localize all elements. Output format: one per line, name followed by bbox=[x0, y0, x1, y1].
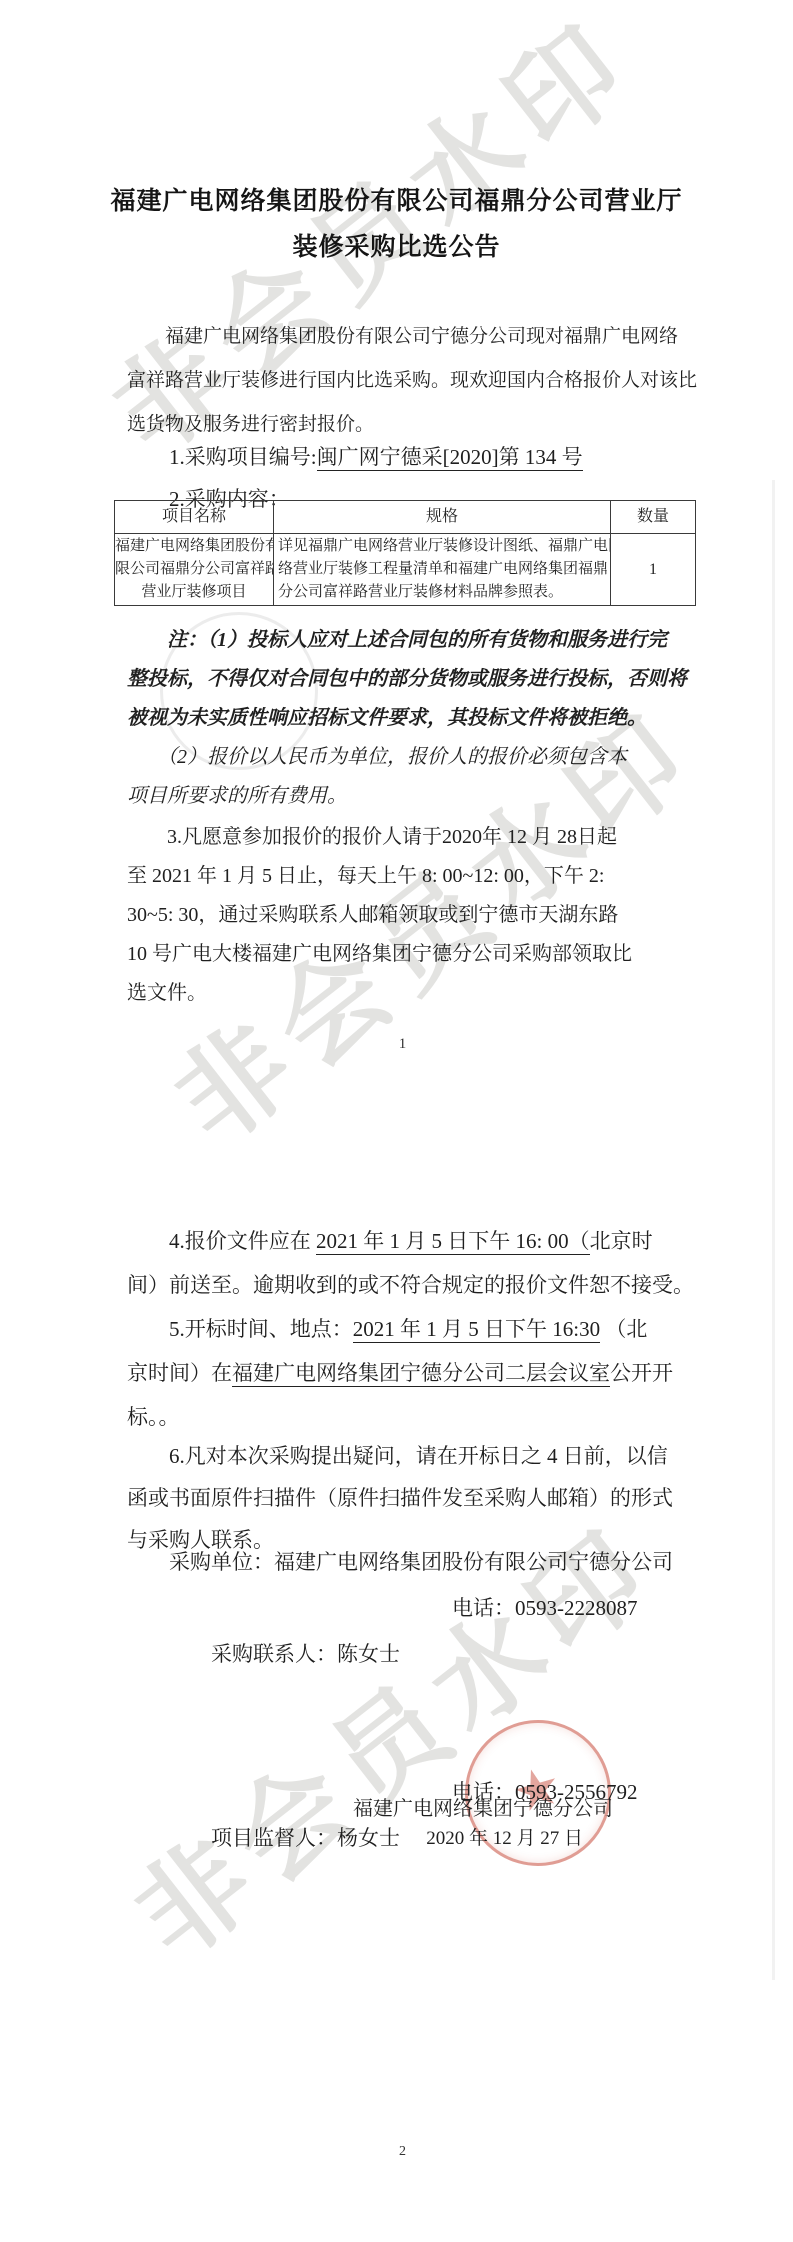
item-1-project-number: 1.采购项目编号:闽广网宁德采[2020]第 134 号 bbox=[127, 435, 678, 479]
contact-name: 采购联系人：陈女士 bbox=[169, 1642, 400, 1666]
document-page: 非会员水印 非会员水印 非会员水印 ★ 福建广电网络集团股份有限公司福鼎分公司营… bbox=[0, 0, 793, 2242]
signature-block: 福建广电网络集团宁德分公司 2020 年 12 月 27 日 bbox=[127, 1794, 613, 1854]
page-number-2: 2 bbox=[127, 2144, 678, 2160]
table-cell-qty: 1 bbox=[611, 534, 695, 605]
intro-paragraph: 福建广电网络集团股份有限公司宁德分公司现对福鼎广电网络富祥路营业厅装修进行国内比… bbox=[127, 315, 678, 447]
contact-block: 采购单位：福建广电网络集团股份有限公司宁德分公司 采购联系人：陈女士 电话：05… bbox=[127, 1539, 678, 1953]
item-4-deadline: 4.报价文件应在 2021 年 1 月 5 日下午 16: 00（北京时间）前送… bbox=[127, 1219, 678, 1307]
table-cell-project-name: 福建广电网络集团股份有限公司福鼎分公司富祥路营业厅装修项目 bbox=[115, 534, 274, 605]
item-3-document-collection: 3.凡愿意参加报价的报价人请于2020年 12 月 28日起至 2021 年 1… bbox=[127, 818, 678, 1013]
table-row: 福建广电网络集团股份有限公司福鼎分公司富祥路营业厅装修项目 详见福鼎广电网络营业… bbox=[115, 534, 695, 605]
contact-row: 采购联系人：陈女士 电话：0593-2228087 bbox=[127, 1585, 678, 1769]
table-header-qty: 数量 bbox=[611, 501, 695, 533]
signature-org: 福建广电网络集团宁德分公司 bbox=[127, 1794, 613, 1824]
document-title: 福建广电网络集团股份有限公司福鼎分公司营业厅 装修采购比选公告 bbox=[0, 178, 793, 270]
note-1: 注：（1）投标人应对上述合同包的所有货物和服务进行完整投标，不得仅对合同包中的部… bbox=[127, 621, 678, 738]
table-cell-spec: 详见福鼎广电网络营业厅装修设计图纸、福鼎广电网络营业厅装修工程量清单和福建广电网… bbox=[274, 534, 611, 605]
signature-date: 2020 年 12 月 27 日 bbox=[127, 1824, 613, 1854]
document-title-line1: 福建广电网络集团股份有限公司福鼎分公司营业厅 bbox=[0, 178, 793, 224]
page-number-1: 1 bbox=[127, 1036, 678, 1053]
note-2: （2）报价以人民币为单位，报价人的报价必须包含本项目所要求的所有费用。 bbox=[127, 738, 678, 816]
scan-artifact-line bbox=[772, 480, 775, 1980]
table-header-row: 项目名称 规格 数量 bbox=[115, 501, 695, 534]
table-header-project-name: 项目名称 bbox=[115, 501, 274, 533]
item-5-bid-opening: 5.开标时间、地点：2021 年 1 月 5 日下午 16:30 （北京时间）在… bbox=[127, 1307, 678, 1439]
document-title-line2: 装修采购比选公告 bbox=[0, 224, 793, 270]
table-header-spec: 规格 bbox=[274, 501, 611, 533]
purchasing-unit: 采购单位：福建广电网络集团股份有限公司宁德分公司 bbox=[127, 1539, 678, 1585]
contact-phone: 电话：0593-2228087 bbox=[452, 1585, 638, 1631]
procurement-table: 项目名称 规格 数量 福建广电网络集团股份有限公司福鼎分公司富祥路营业厅装修项目… bbox=[114, 500, 696, 606]
